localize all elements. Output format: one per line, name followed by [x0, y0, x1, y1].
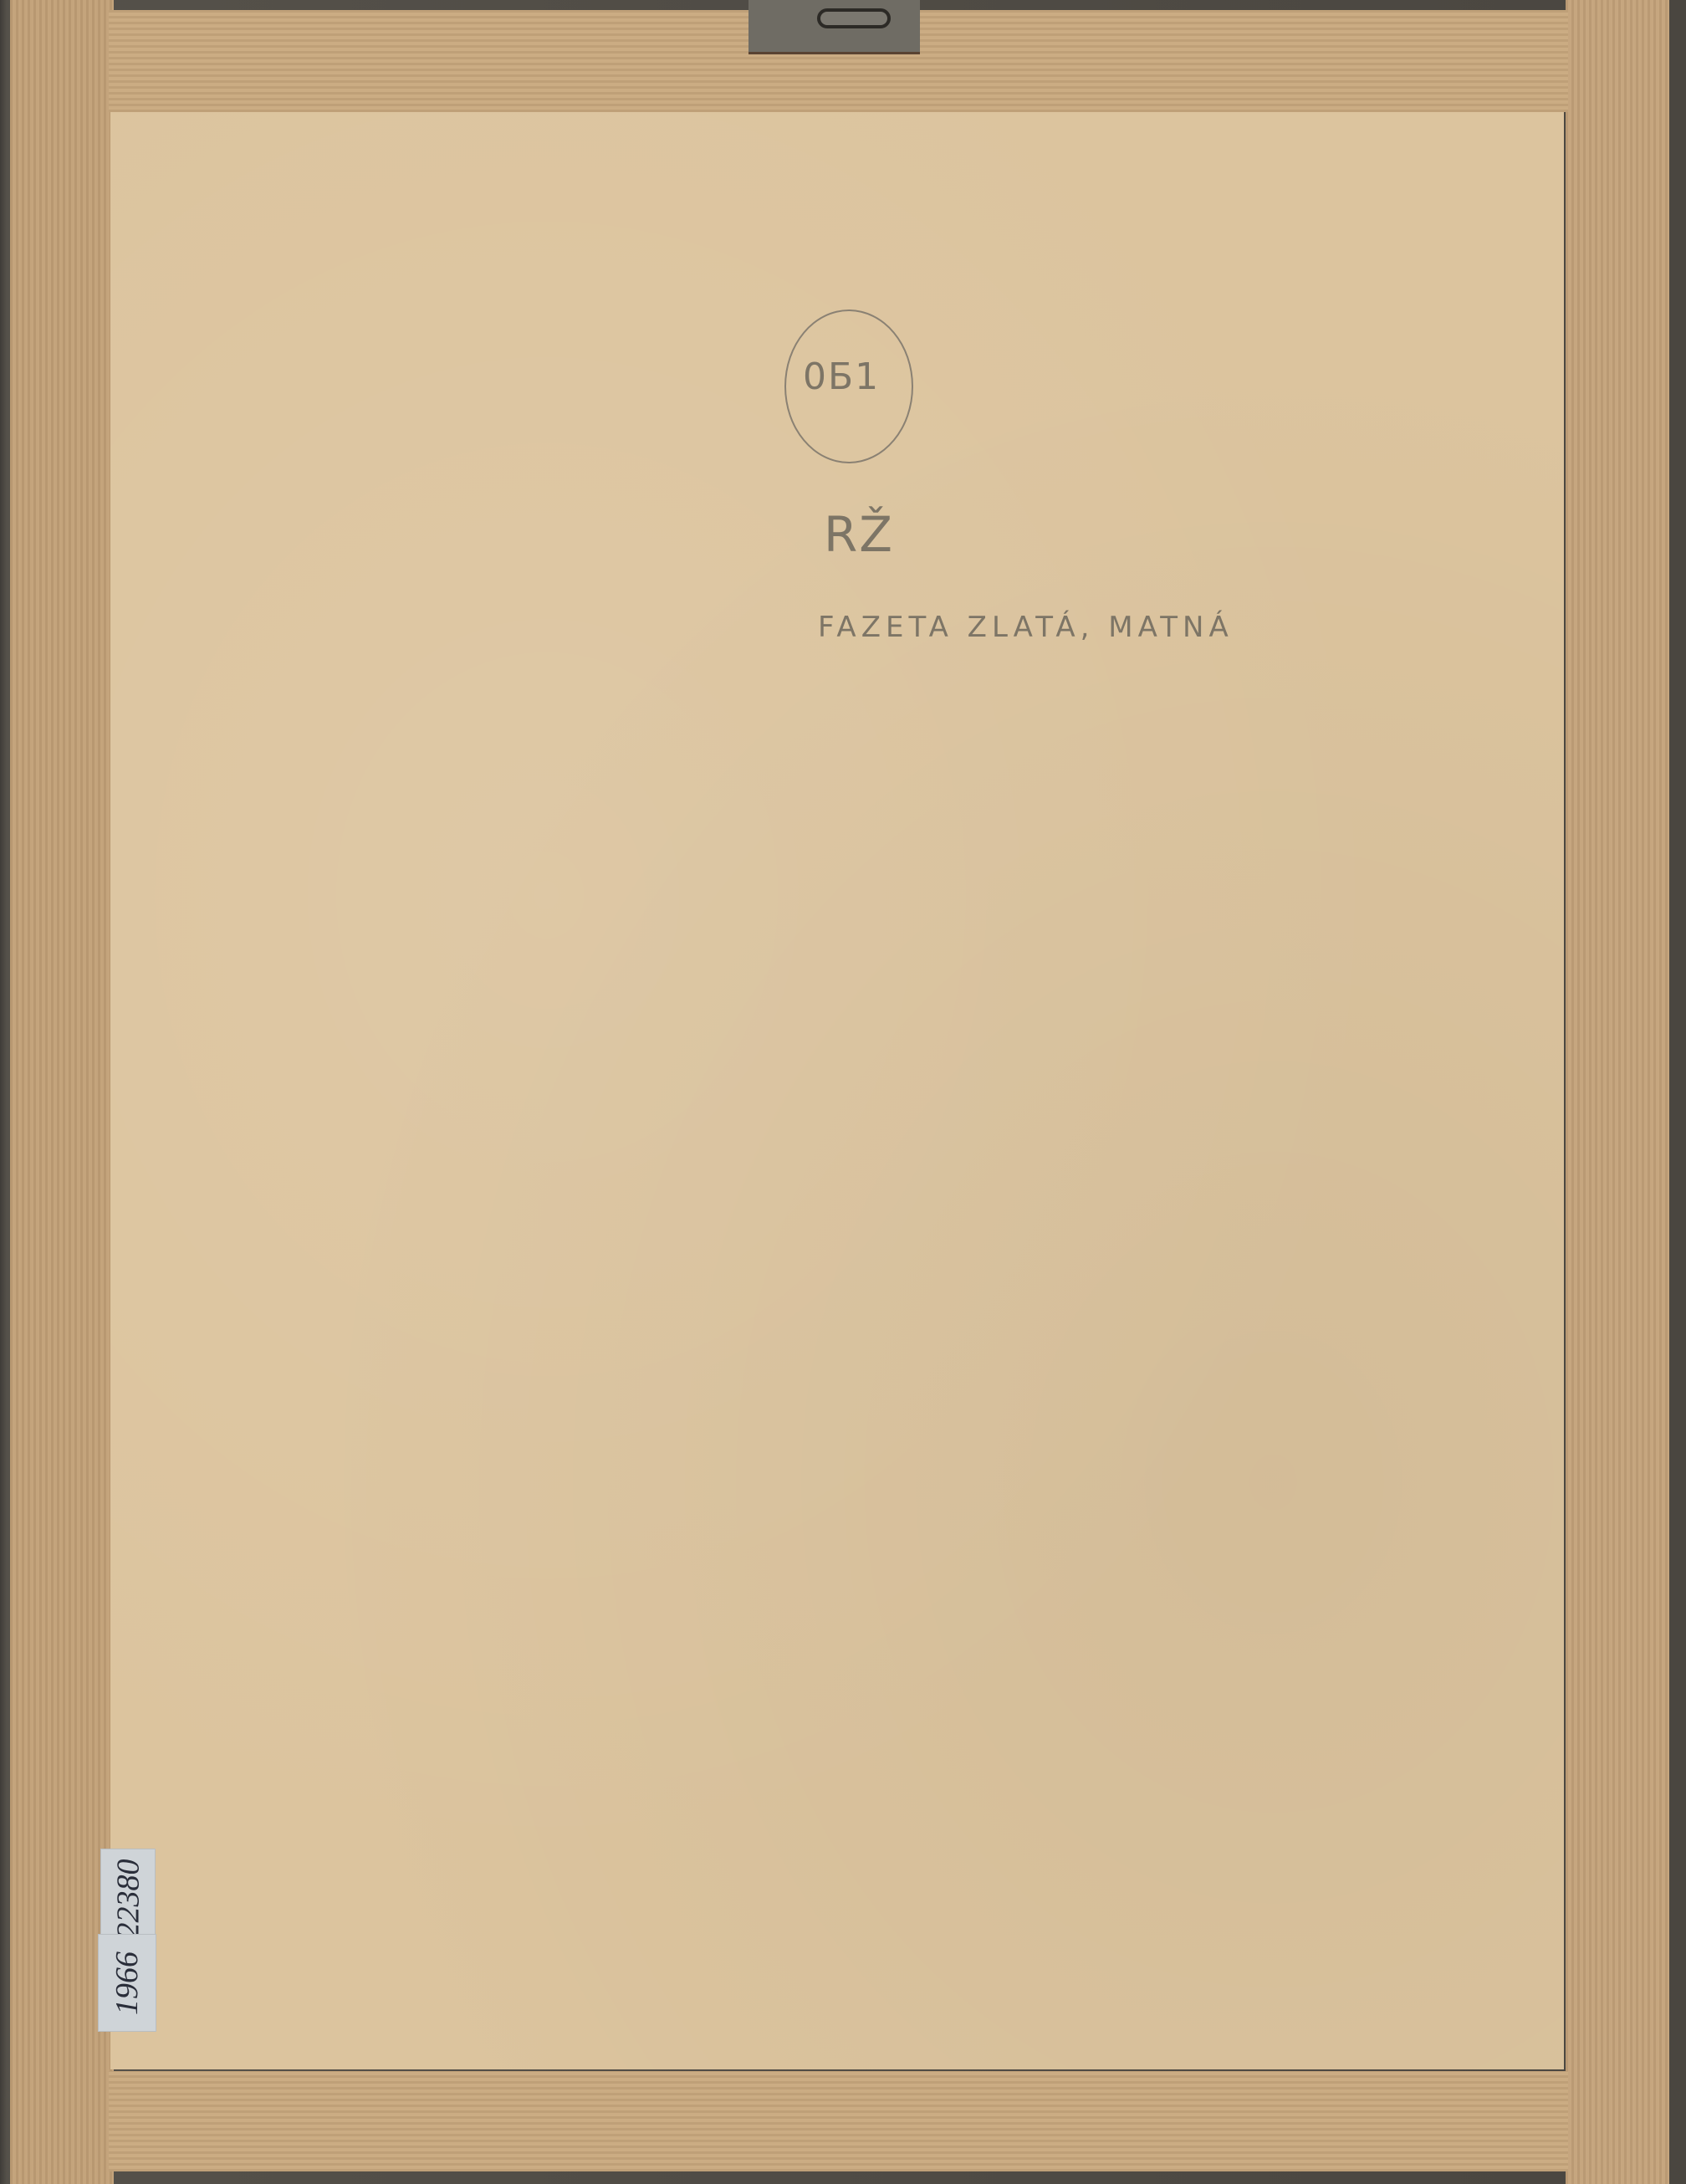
year-label: 1966 [98, 1934, 156, 2032]
hanger-slot-icon [817, 8, 891, 28]
paper-tape-left [10, 0, 114, 2184]
paper-tape-right [1566, 0, 1669, 2184]
paper-tape-bottom [109, 2071, 1568, 2171]
hanger-bracket [748, 0, 920, 54]
year-value: 1966 [109, 1951, 146, 2015]
framing-note: FAZETA ZLATÁ, MATNÁ [818, 611, 1234, 644]
initials-inscription: RŽ [824, 506, 894, 563]
circled-code: 0Б1 [803, 355, 880, 398]
inventory-number: 22380 [110, 1859, 146, 1939]
